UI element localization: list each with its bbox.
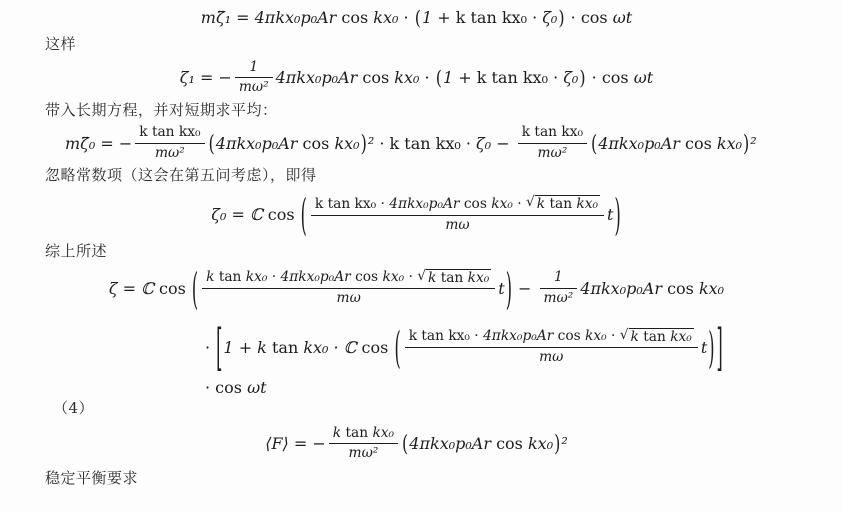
equation-forced-zeta1: mζ̈₁ = 4πkx₀p₀Ar cos kx₀ · (1 + k tan kx… (45, 5, 788, 29)
text-part-label: （4） (53, 399, 94, 419)
text-line-substitute: 带入长期方程，并对短期求平均： (45, 101, 788, 121)
equation-zeta-total-line2: · [1 + k tan kx₀ · ℂ cos (k tan kx₀ · 4π… (205, 319, 788, 375)
equation-zeta-total-line1: ζ = ℂ cos (k tan kx₀ · 4πkx₀p₀Ar cos kx₀… (45, 261, 788, 315)
text-line-neglect: 忽略常数项（这会在第五问考虑），即得 (45, 166, 788, 186)
text-line-thus: 这样 (45, 35, 788, 55)
equation-average-force: ⟨F⟩ = −k tan kx₀mω²(4πkx₀p₀Ar cos kx₀)² (45, 421, 788, 467)
equation-zeta0-solution: ζ₀ = ℂ cos (k tan kx₀ · 4πkx₀p₀Ar cos kx… (45, 188, 788, 242)
equation-zeta0-longterm: mζ̈₀ = −k tan kx₀mω²(4πkx₀p₀Ar cos kx₀)²… (65, 120, 788, 166)
text-line-stability: 稳定平衡要求 (45, 469, 788, 489)
text-thus: 这样 (45, 35, 76, 55)
document-page: mζ̈₁ = 4πkx₀p₀Ar cos kx₀ · (1 + k tan kx… (0, 0, 843, 513)
text-stability-requirement: 稳定平衡要求 (45, 469, 138, 489)
text-line-part4: （4） (53, 399, 788, 419)
text-in-summary: 综上所述 (45, 242, 107, 262)
equation-zeta1-solution: ζ₁ = −1mω²4πkx₀p₀Ar cos kx₀ · (1 + k tan… (45, 57, 788, 99)
text-line-summary: 综上所述 (45, 242, 788, 262)
equation-zeta-total-line3: · cos ωt (205, 377, 788, 397)
text-neglect-constant: 忽略常数项（这会在第五问考虑），即得 (45, 166, 317, 186)
text-substitute-average: 带入长期方程，并对短期求平均： (45, 101, 278, 121)
